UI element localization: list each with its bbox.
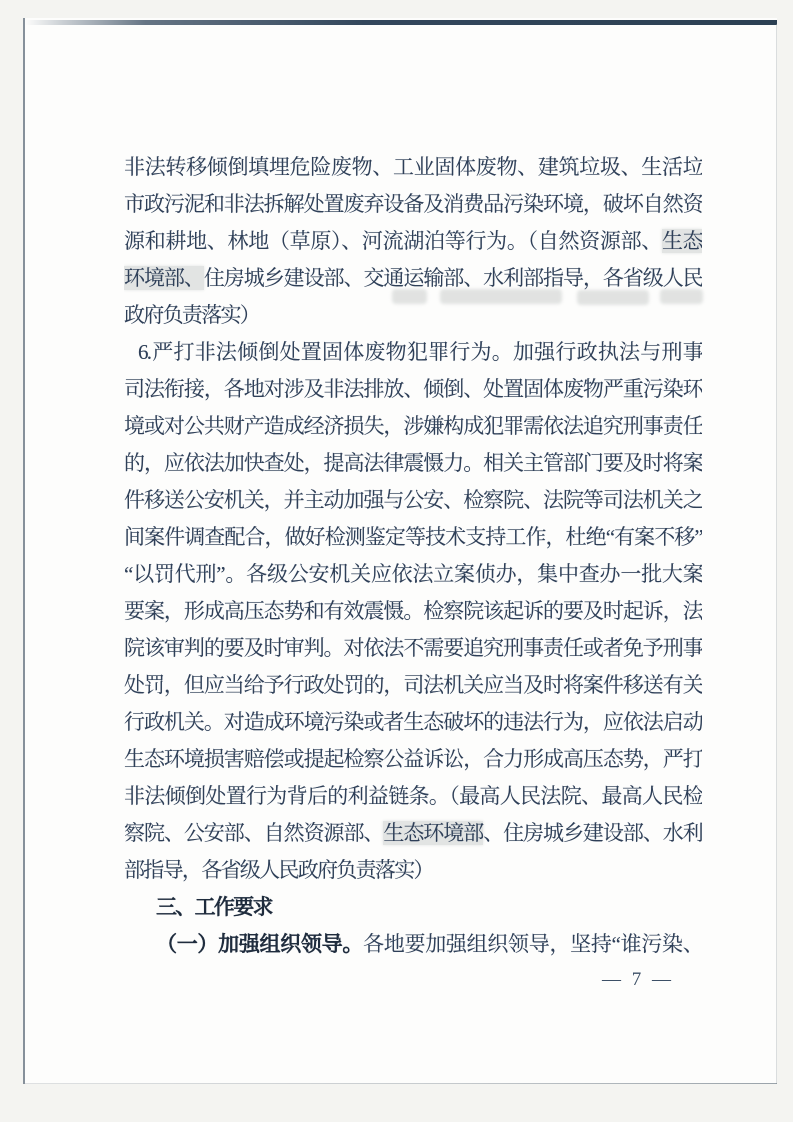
text-run: 非法倾倒处置行为背后的利益链条。（最高人民法院、最高人民检 <box>124 784 702 808</box>
text-line: 6.严打非法倾倒处置固体废物犯罪行为。加强行政执法与刑事 <box>124 334 702 371</box>
text-line: 的，应依法加快查处，提高法律震慑力。相关主管部门要及时将案 <box>124 445 702 482</box>
text-run: 司法衔接，各地对涉及非法排放、倾倒、处置固体废物严重污染环 <box>124 377 702 401</box>
text-run: 源和耕地、林地（草原）、河流湖泊等行为。（自然资源部、 <box>124 229 662 253</box>
text-run: 住房城乡建设部、交通运输部、水利部指导，各省级人民 <box>204 266 702 290</box>
text-line: 院该审判的要及时审判。对依法不需要追究刑事责任或者免予刑事 <box>124 630 702 667</box>
text-run: 要案，形成高压态势和有效震慑。检察院该起诉的要及时起诉，法 <box>124 599 702 623</box>
text-run: 的，应依法加快查处，提高法律震慑力。相关主管部门要及时将案 <box>124 451 702 475</box>
text-run: 生态环境损害赔偿或提起检察公益诉讼，合力形成高压态势，严打 <box>124 747 702 771</box>
page-number: — 7 — <box>602 969 674 991</box>
page-top-scan-line <box>25 20 777 25</box>
scanned-document: 非法转移倾倒填埋危险废物、工业固体废物、建筑垃圾、生活垃圾、市政污泥和非法拆解处… <box>0 0 793 1122</box>
text-line: 三、工作要求 <box>124 889 702 926</box>
text-line: 市政污泥和非法拆解处置废弃设备及消费品污染环境，破坏自然资 <box>124 186 702 223</box>
highlighted-text: 环境部、 <box>124 266 204 290</box>
text-line: “以罚代刑”。各级公安机关应依法立案侦办，集中查办一批大案 <box>124 556 702 593</box>
text-line: 源和耕地、林地（草原）、河流湖泊等行为。（自然资源部、生态 <box>124 223 702 260</box>
text-line: 境或对公共财产造成经济损失，涉嫌构成犯罪需依法追究刑事责任 <box>124 408 702 445</box>
text-run: “以罚代刑”。各级公安机关应依法立案侦办，集中查办一批大案 <box>124 562 702 586</box>
text-line: 行政机关。对造成环境污染或者生态破坏的违法行为，应依法启动 <box>124 704 702 741</box>
bold-text-run: （一）加强组织领导。 <box>156 933 363 956</box>
text-line: 部指导，各省级人民政府负责落实） <box>124 852 702 889</box>
text-run: 境或对公共财产造成经济损失，涉嫌构成犯罪需依法追究刑事责任 <box>124 414 702 438</box>
bold-text-run: 三、工作要求 <box>156 896 272 919</box>
text-line: 察院、公安部、自然资源部、生态环境部、住房城乡建设部、水利 <box>124 815 702 852</box>
text-run: 市政污泥和非法拆解处置废弃设备及消费品污染环境，破坏自然资 <box>124 192 702 216</box>
text-run: 处罚，但应当给予行政处罚的，司法机关应当及时将案件移送有关 <box>124 673 702 697</box>
text-line: 要案，形成高压态势和有效震慑。检察院该起诉的要及时起诉，法 <box>124 593 702 630</box>
text-run: 行政机关。对造成环境污染或者生态破坏的违法行为，应依法启动 <box>124 710 702 734</box>
page-bottom-edge <box>25 1083 777 1084</box>
text-run: 、住房城乡建设部、水利 <box>483 821 702 845</box>
document-page: 非法转移倾倒填埋危险废物、工业固体废物、建筑垃圾、生活垃圾、市政污泥和非法拆解处… <box>23 18 777 1084</box>
text-run: 政府负责落实） <box>124 303 259 327</box>
text-line: 环境部、住房城乡建设部、交通运输部、水利部指导，各省级人民 <box>124 260 702 297</box>
text-run: 院该审判的要及时审判。对依法不需要追究刑事责任或者免予刑事 <box>124 636 702 660</box>
text-run: 6.严打非法倾倒处置固体废物犯罪行为。加强行政执法与刑事 <box>138 340 702 364</box>
highlighted-text: 生态环境部 <box>383 821 483 845</box>
text-run: 非法转移倾倒填埋危险废物、工业固体废物、建筑垃圾、生活垃圾、 <box>124 155 702 186</box>
text-run: 间案件调查配合，做好检测鉴定等技术支持工作，杜绝“有案不移” <box>124 525 702 549</box>
text-line: 非法倾倒处置行为背后的利益链条。（最高人民法院、最高人民检 <box>124 778 702 815</box>
text-run: 部指导，各省级人民政府负责落实） <box>124 858 433 882</box>
text-run: 察院、公安部、自然资源部、 <box>124 821 383 845</box>
document-text: 非法转移倾倒填埋危险废物、工业固体废物、建筑垃圾、生活垃圾、市政污泥和非法拆解处… <box>124 149 702 963</box>
text-run: 件移送公安机关，并主动加强与公安、检察院、法院等司法机关之 <box>124 488 702 512</box>
text-line: （一）加强组织领导。各地要加强组织领导，坚持“谁污染、 <box>124 926 702 963</box>
text-line: 间案件调查配合，做好检测鉴定等技术支持工作，杜绝“有案不移” <box>124 519 702 556</box>
text-line: 非法转移倾倒填埋危险废物、工业固体废物、建筑垃圾、生活垃圾、 <box>124 149 702 186</box>
text-line: 处罚，但应当给予行政处罚的，司法机关应当及时将案件移送有关 <box>124 667 702 704</box>
highlighted-text: 生态 <box>662 229 702 253</box>
text-line: 政府负责落实） <box>124 297 702 334</box>
text-run: 各地要加强组织领导，坚持“谁污染、 <box>363 932 702 956</box>
text-line: 司法衔接，各地对涉及非法排放、倾倒、处置固体废物严重污染环 <box>124 371 702 408</box>
page-right-edge <box>776 24 777 1084</box>
text-line: 生态环境损害赔偿或提起检察公益诉讼，合力形成高压态势，严打 <box>124 741 702 778</box>
text-line: 件移送公安机关，并主动加强与公安、检察院、法院等司法机关之 <box>124 482 702 519</box>
